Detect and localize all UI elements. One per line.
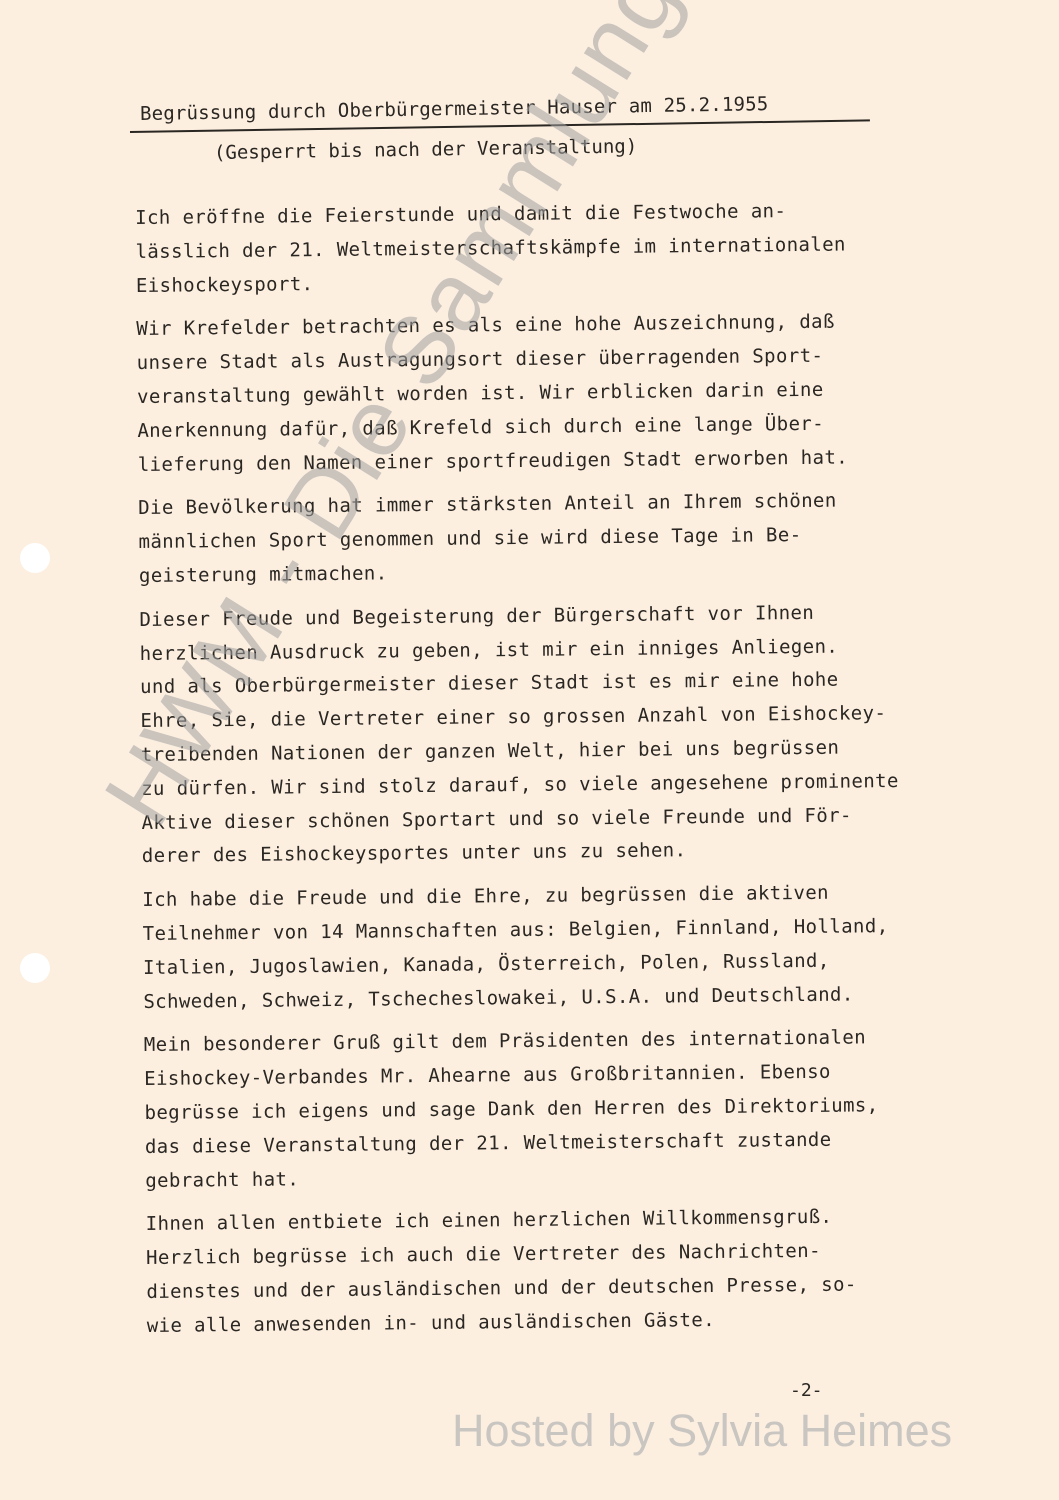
punch-hole-bottom [20, 953, 50, 983]
paragraph-7: Ihnen allen entbiete ich einen herzliche… [146, 1199, 1027, 1343]
paragraph-5: Ich habe die Freude und die Ehre, zu beg… [142, 875, 1023, 1019]
document-page: Begrüssung durch Oberbürgermeister Hause… [0, 0, 1059, 1500]
watermark-hosted-by: Hosted by Sylvia Heimes [452, 1405, 952, 1457]
paragraph-2: Wir Krefelder betrachten es als eine hoh… [136, 304, 1018, 482]
document-body: Ich eröffne die Feierstunde und damit di… [135, 193, 1027, 1354]
paragraph-1: Ich eröffne die Feierstunde und damit di… [135, 193, 1016, 304]
page-number: -2- [790, 1380, 823, 1401]
paragraph-6: Mein besonderer Gruß gilt dem Präsidente… [144, 1020, 1026, 1198]
punch-hole-top [20, 543, 50, 573]
